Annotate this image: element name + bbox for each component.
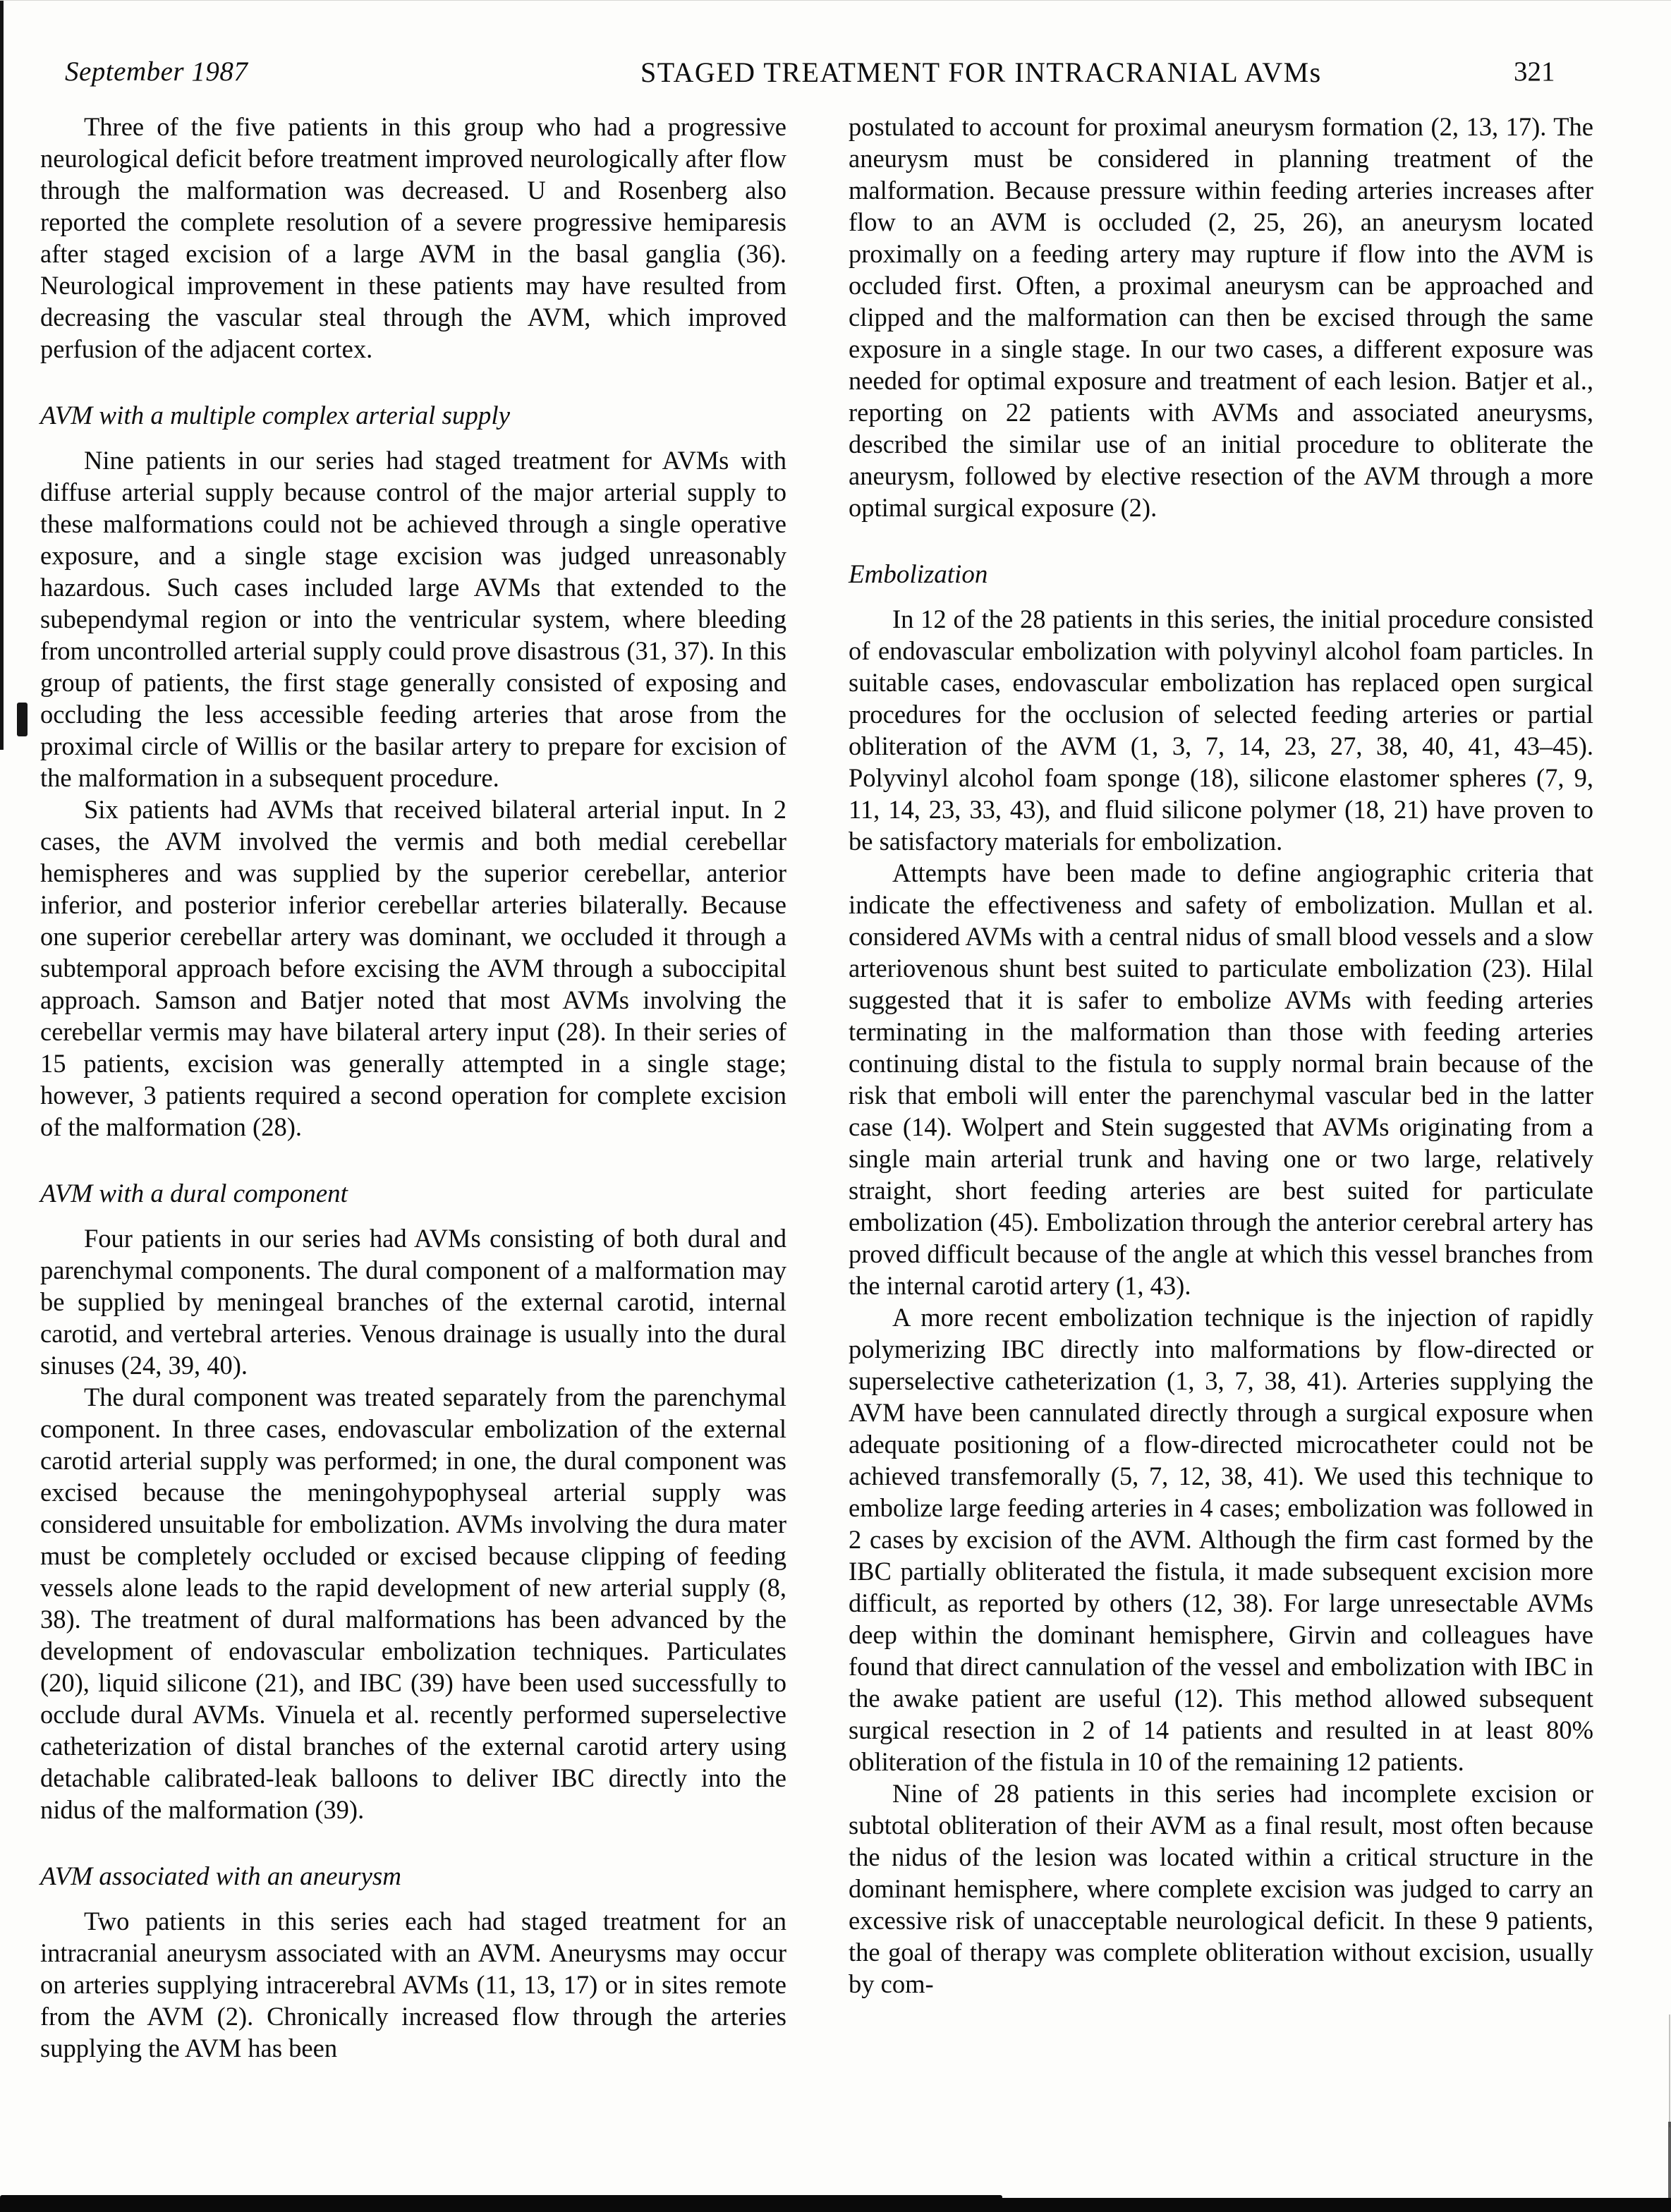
paragraph: Two patients in this series each had sta… [40, 1905, 786, 2064]
paragraph: Attempts have been made to define angiog… [849, 857, 1593, 1301]
paragraph: Six patients had AVMs that received bila… [40, 794, 786, 1143]
paragraph: Nine of 28 patients in this series had i… [849, 1778, 1593, 2000]
paragraph: Four patients in our series had AVMs con… [40, 1222, 786, 1381]
running-head: September 1987 STAGED TREATMENT FOR INTR… [0, 56, 1671, 98]
paragraph: postulated to account for proximal aneur… [849, 111, 1593, 523]
journal-page: September 1987 STAGED TREATMENT FOR INTR… [0, 0, 1671, 2212]
paragraph: Three of the five patients in this group… [40, 111, 786, 365]
scan-bottom-band-artifact [0, 2198, 1671, 2212]
running-title: STAGED TREATMENT FOR INTRACRANIAL AVMs [640, 56, 1322, 89]
paragraph: A more recent embolization technique is … [849, 1301, 1593, 1778]
section-heading-associated-aneurysm: AVM associated with an aneurysm [40, 1861, 786, 1892]
scan-left-border-artifact [0, 1, 4, 750]
section-heading-multiple-complex-arterial-supply: AVM with a multiple complex arterial sup… [40, 400, 786, 432]
scan-right-faint-artifact [1669, 2015, 1670, 2127]
paragraph: In 12 of the 28 patients in this series,… [849, 603, 1593, 857]
issue-date: September 1987 [65, 56, 248, 87]
scan-right-line-artifact [1668, 2122, 1671, 2199]
page-number: 321 [1514, 56, 1555, 87]
scan-left-blob-artifact [17, 703, 28, 736]
paragraph: Nine patients in our series had staged t… [40, 444, 786, 794]
section-heading-dural-component: AVM with a dural component [40, 1178, 786, 1210]
left-column: Three of the five patients in this group… [40, 111, 786, 2064]
paragraph: The dural component was treated separate… [40, 1381, 786, 1825]
right-column: postulated to account for proximal aneur… [849, 111, 1593, 2000]
section-heading-embolization: Embolization [849, 559, 1593, 590]
